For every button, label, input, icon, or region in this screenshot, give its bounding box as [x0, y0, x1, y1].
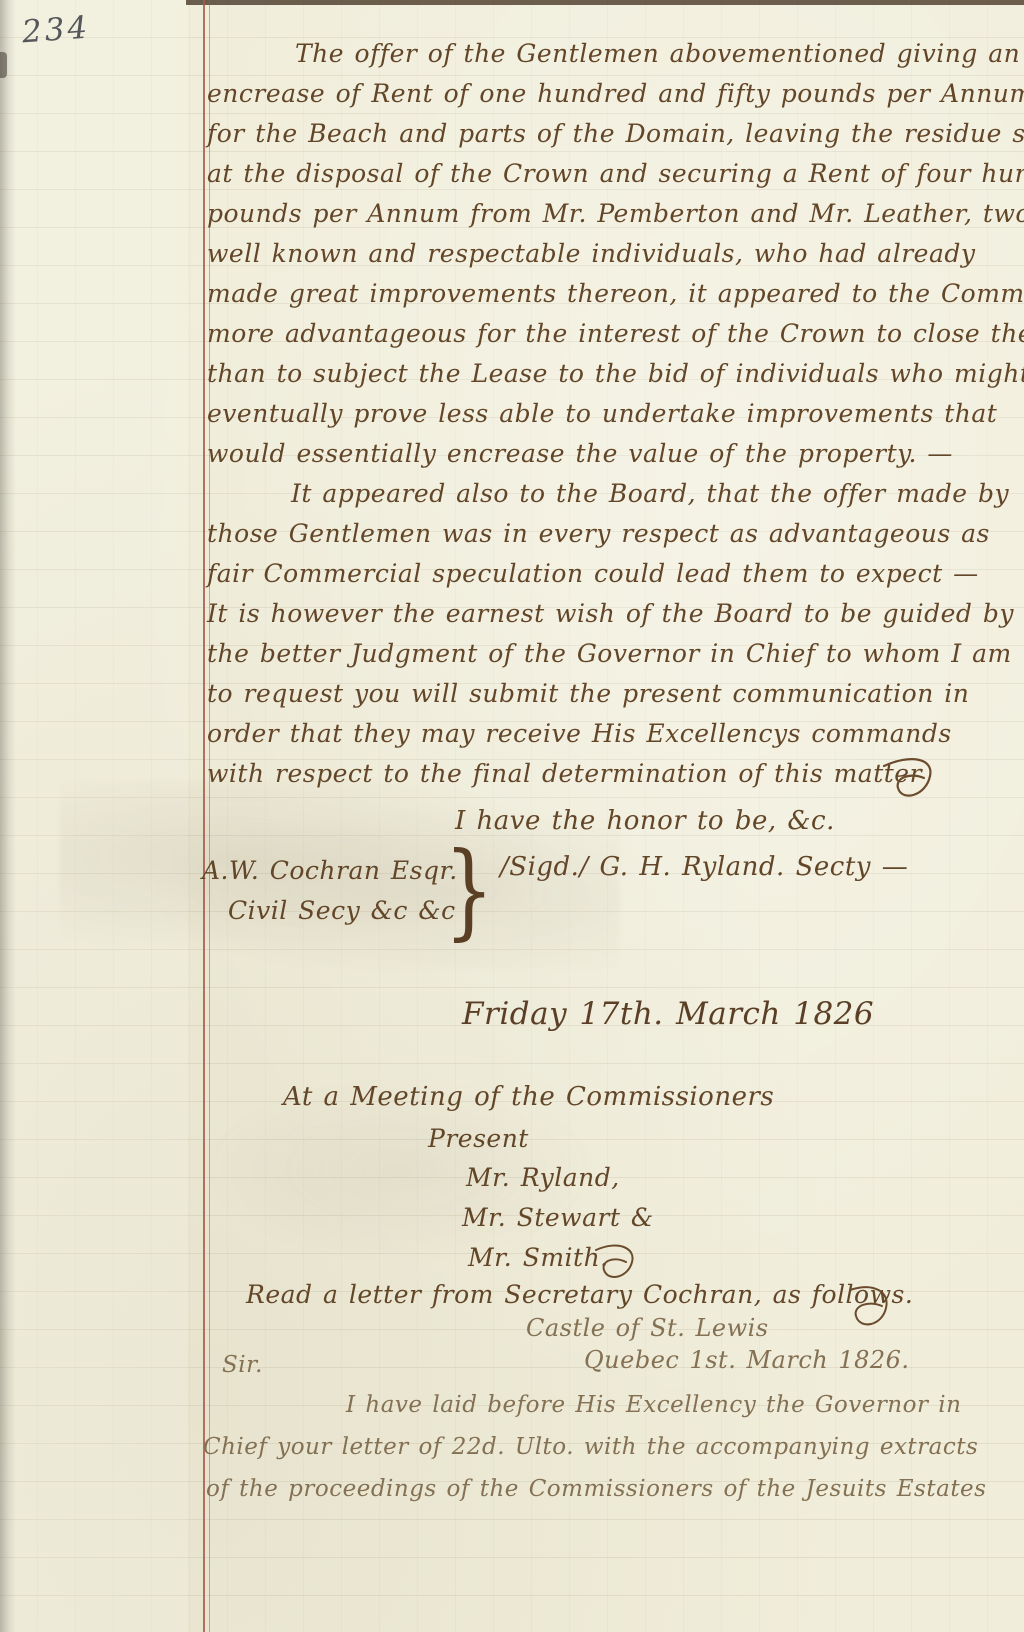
manuscript-line: order that they may receive His Excellen… — [207, 714, 1014, 754]
manuscript-line: would essentially encrease the value of … — [207, 434, 1014, 474]
read-letter-note: Read a letter from Secretary Cochran, as… — [246, 1280, 913, 1309]
manuscript-page: 234 The offer of the Gentlemen abovement… — [0, 0, 1024, 1632]
page-top-edge-shadow — [186, 0, 1024, 5]
manuscript-line: more advantageous for the interest of th… — [207, 314, 1014, 354]
addressee-title: Civil Secy &c &c — [228, 896, 456, 925]
letter2-line: of the proceedings of the Commissioners … — [206, 1476, 986, 1502]
attendee-name: Mr. Smith. — [468, 1243, 609, 1272]
manuscript-line: fair Commercial speculation could lead t… — [207, 554, 1014, 594]
manuscript-line: made great improvements thereon, it appe… — [207, 274, 1014, 314]
brace-glyph: } — [444, 838, 494, 942]
manuscript-line: It is however the earnest wish of the Bo… — [207, 594, 1014, 634]
manuscript-line: pounds per Annum from Mr. Pemberton and … — [207, 194, 1014, 234]
meeting-opening-line: At a Meeting of the Commissioners — [283, 1082, 774, 1112]
manuscript-line: to request you will submit the present c… — [207, 674, 1014, 714]
attendee-name: Mr. Stewart & — [462, 1203, 654, 1232]
manuscript-line: The offer of the Gentlemen abovementione… — [207, 34, 1014, 74]
addressee-name: A.W. Cochran Esqr. — [202, 856, 458, 885]
letter2-line: Chief your letter of 22d. Ulto. with the… — [203, 1434, 978, 1460]
meeting-date-heading: Friday 17th. March 1826 — [462, 996, 874, 1032]
binding-gutter-shadow — [0, 0, 16, 1632]
manuscript-line: the better Judgment of the Governor in C… — [207, 634, 1014, 674]
letter-body: The offer of the Gentlemen abovementione… — [207, 34, 1014, 794]
manuscript-line: those Gentlemen was in every respect as … — [207, 514, 1014, 554]
letter2-dateline: Quebec 1st. March 1826. — [584, 1346, 910, 1374]
attendee-name: Mr. Ryland, — [466, 1163, 620, 1192]
letter2-line: I have laid before His Excellency the Go… — [346, 1392, 961, 1418]
letter2-salutation: Sir. — [222, 1352, 263, 1378]
manuscript-line: It appeared also to the Board, that the … — [207, 474, 1014, 514]
pen-flourish — [846, 1282, 892, 1332]
manuscript-line: at the disposal of the Crown and securin… — [207, 154, 1014, 194]
page-number: 234 — [21, 10, 92, 51]
manuscript-line: eventually prove less able to undertake … — [207, 394, 1014, 434]
manuscript-line: for the Beach and parts of the Domain, l… — [207, 114, 1014, 154]
letter-closing: I have the honor to be, &c. — [455, 806, 835, 836]
letter2-place: Castle of St. Lewis — [526, 1314, 769, 1342]
pen-flourish — [880, 752, 940, 804]
manuscript-line: than to subject the Lease to the bid of … — [207, 354, 1014, 394]
edge-ink-smudge — [0, 52, 7, 78]
manuscript-line: well known and respectable individuals, … — [207, 234, 1014, 274]
pen-flourish — [592, 1240, 638, 1284]
signature-line: /Sigd./ G. H. Ryland. Secty — — [500, 852, 908, 882]
manuscript-line: encrease of Rent of one hundred and fift… — [207, 74, 1014, 114]
present-label: Present — [428, 1124, 529, 1153]
